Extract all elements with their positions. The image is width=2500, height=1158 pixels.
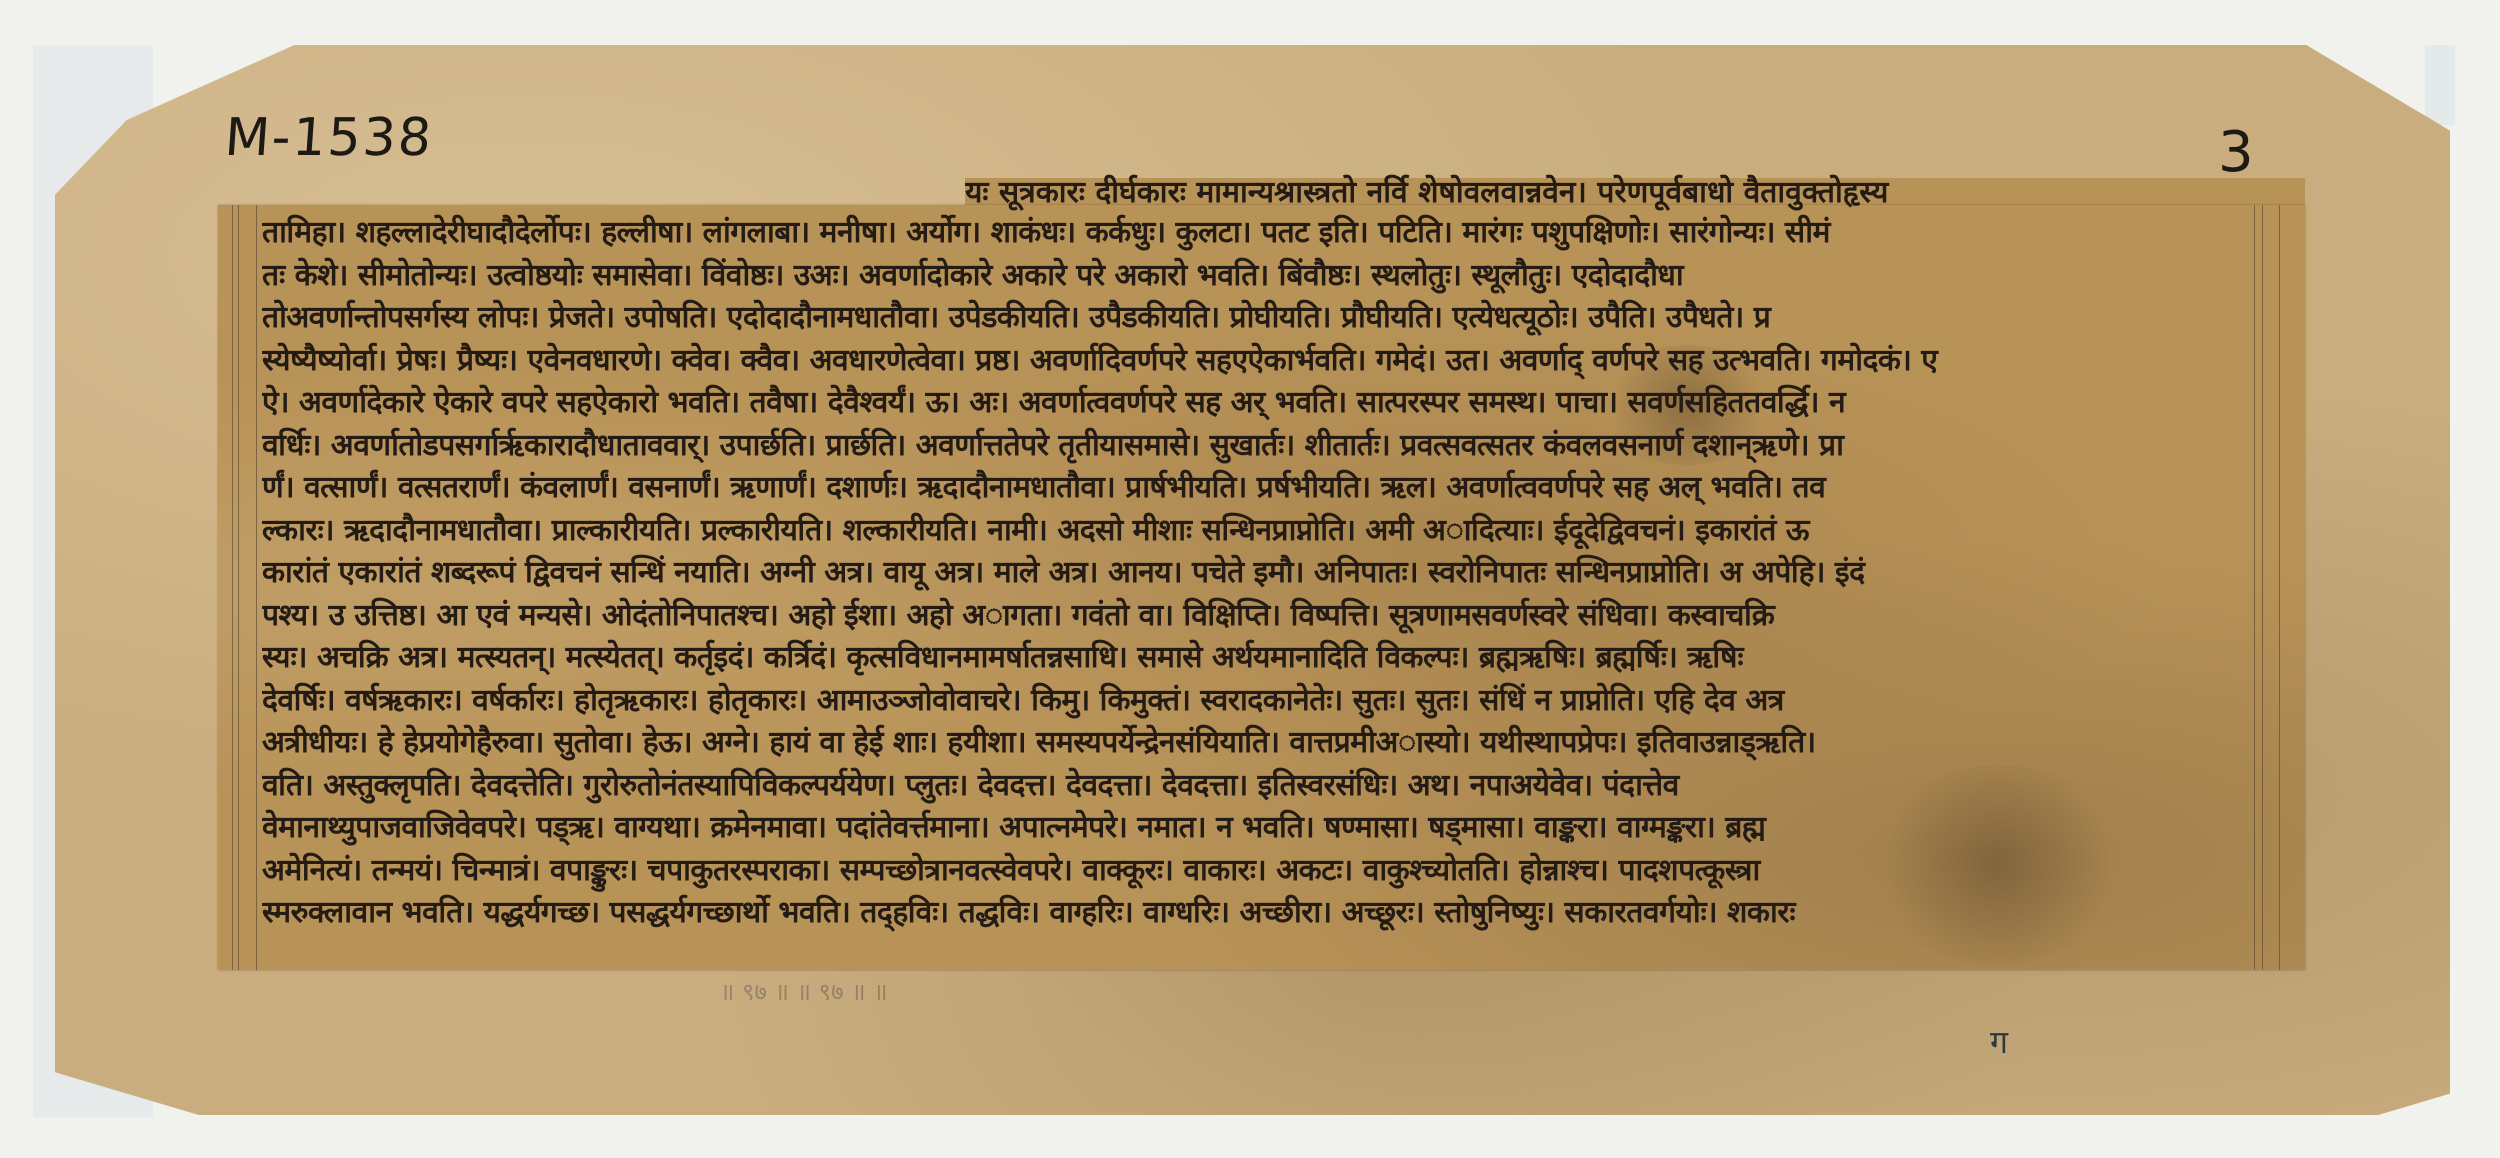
manuscript-line: स्येष्यैष्योर्वा। प्रेषः। प्रैष्यः। एवेन… [262,340,2297,383]
margin-rule-left [238,205,239,970]
manuscript-line: वति। अस्तुक्लृपति। देवदत्तेति। गुरोरुतोन… [262,765,2297,808]
bottom-ink-mark: ग [1990,1020,2008,1063]
manuscript-text-block: तामिहा। शहल्लादेरीघादौदेर्लोपः। हल्लीषा।… [262,212,2297,935]
manuscript-line: वर्धिः। अवर्णातोडपसर्गारृकारादौधाताववार्… [262,425,2297,468]
margin-rule-left [256,205,257,970]
manuscript-line: स्यः। अचक्रि अत्र। मत्स्यतन्। मत्स्येतत्… [262,637,2297,680]
manuscript-line: तः केशे। सीमोतोन्यः। उत्वोष्ठयोः समासेवा… [262,255,2297,298]
manuscript-line: तामिहा। शहल्लादेरीघादौदेर्लोपः। हल्लीषा।… [262,212,2297,255]
manuscript-line: ल्कारः। ऋदादौनामधातौवा। प्राल्कारीयति। प… [262,510,2297,553]
manuscript-line: पश्य। उ उत्तिष्ठ। आ एवं मन्यसे। ओदंतोनिप… [262,595,2297,638]
manuscript-line: अमेनित्यं। तन्मयं। चिन्मात्रं। वपाङ्कुरः… [262,850,2297,893]
manuscript-line: देवर्षिः। वर्षऋकारः। वर्षर्कारः। होतृऋका… [262,680,2297,723]
offset-text-faint: ॥ ९७ ॥ ॥ ९७ ॥ ॥ [720,975,1620,1008]
margin-rule-left [232,205,233,970]
catalog-number: M-1538 [223,108,435,168]
manuscript-line-partial: यः सूत्रकारः दीर्घकारः मामान्यश्रास्त्रत… [965,172,2305,214]
manuscript-line: तोअवर्णान्तोपसर्गस्य लोपः। प्रेजते। उपोष… [262,297,2297,340]
manuscript-line: कारांतं एकारांतं शब्दरूपं द्विवचनं सन्धि… [262,552,2297,595]
manuscript-line: अत्रीधीयः। हे हेप्रयोगेहैरुवा। सुतोवा। ह… [262,722,2297,765]
manuscript-line: स्मरुक्लावान भवति। यद्धर्यगच्छ। पसद्धर्य… [262,892,2297,935]
manuscript-line: वेमानाथ्युपाजवाजिवेवपरे। पड्ऋ। वाग्यथा। … [262,807,2297,850]
manuscript-line: र्णं। वत्सार्णं। वत्सतरार्णं। कंवलार्णं।… [262,467,2297,510]
manuscript-line: ऐ। अवर्णादेकारे ऐकारे वपरे सहऐकारो भवति।… [262,382,2297,425]
protective-film-edge-right [2425,45,2455,125]
